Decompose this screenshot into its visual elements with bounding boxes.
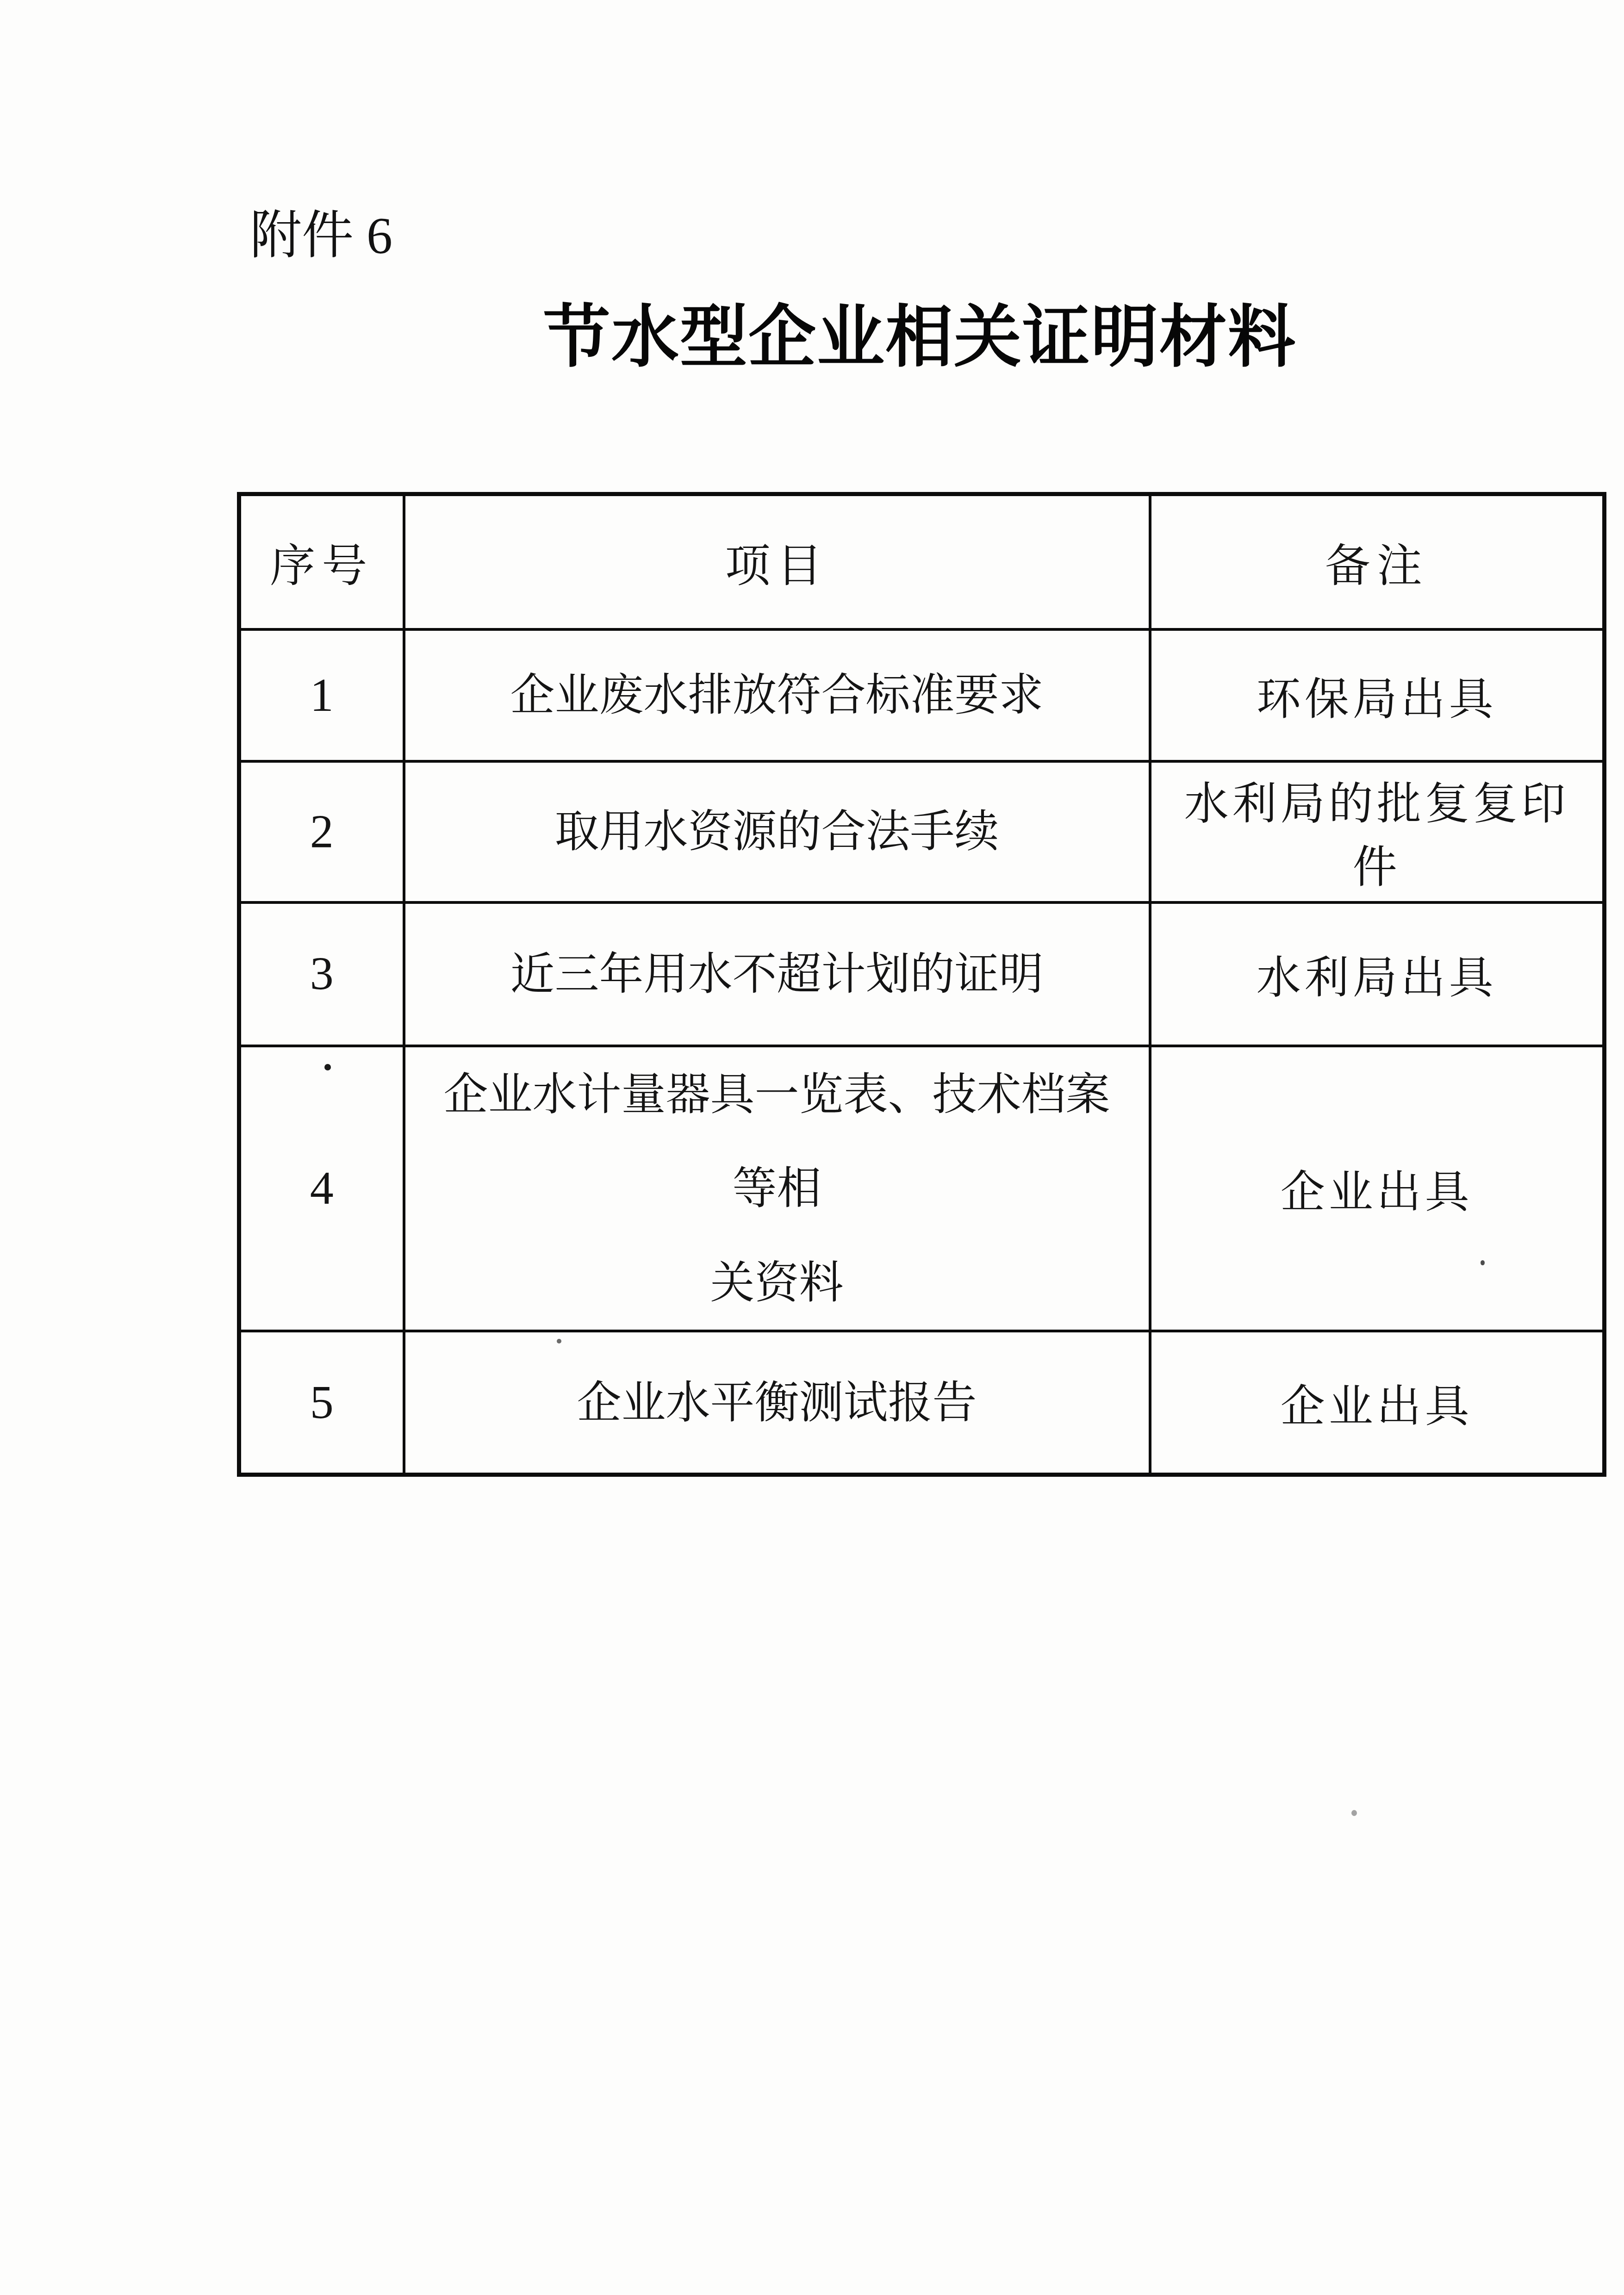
scan-speck: [1351, 1810, 1357, 1816]
row-number-cell: 1: [239, 629, 404, 761]
row-number-cell: 4: [239, 1046, 404, 1331]
header-remark: 备注: [1150, 494, 1605, 629]
attachment-table: 序号 项目 备注 1 企业废水排放符合标准要求 环保局出具 2 取用水资源的合法…: [237, 492, 1606, 1477]
table-row: 1 企业废水排放符合标准要求 环保局出具: [239, 629, 1605, 761]
page-title: 节水型企业相关证明材料: [237, 297, 1602, 378]
header-no: 序号: [239, 494, 404, 629]
table-row: 3 近三年用水不超计划的证明 水利局出具: [239, 902, 1605, 1046]
table-row: 4 企业水计量器具一览表、技术档案等相 关资料 企业出具: [239, 1046, 1605, 1331]
item-cell: 取用水资源的合法手续: [404, 761, 1150, 902]
scan-speck: [1481, 1260, 1485, 1265]
header-item: 项目: [404, 494, 1150, 629]
item-cell: 企业废水排放符合标准要求: [404, 629, 1150, 761]
attachment-label: 附件 6: [250, 204, 392, 268]
row-number-cell: 3: [239, 902, 404, 1046]
item-cell: 企业水平衡测试报告: [404, 1331, 1150, 1474]
row-number-cell: 5: [239, 1331, 404, 1474]
scan-speck: [324, 1064, 331, 1070]
item-cell: 近三年用水不超计划的证明: [404, 902, 1150, 1046]
remark-cell: 企业出具: [1150, 1046, 1605, 1331]
table-row: 2 取用水资源的合法手续 水利局的批复复印件: [239, 761, 1605, 902]
scanned-document-page: { "page": { "attachment_label": "附件 6", …: [0, 0, 1624, 2295]
remark-cell: 水利局的批复复印件: [1150, 761, 1605, 902]
table-header-row: 序号 项目 备注: [239, 494, 1605, 629]
row-number-cell: 2: [239, 761, 404, 902]
scan-speck: [557, 1339, 561, 1343]
remark-cell: 环保局出具: [1150, 629, 1605, 761]
table-row: 5 企业水平衡测试报告 企业出具: [239, 1331, 1605, 1474]
remark-cell: 水利局出具: [1150, 902, 1605, 1046]
item-cell: 企业水计量器具一览表、技术档案等相 关资料: [404, 1046, 1150, 1331]
remark-cell: 企业出具: [1150, 1331, 1605, 1474]
